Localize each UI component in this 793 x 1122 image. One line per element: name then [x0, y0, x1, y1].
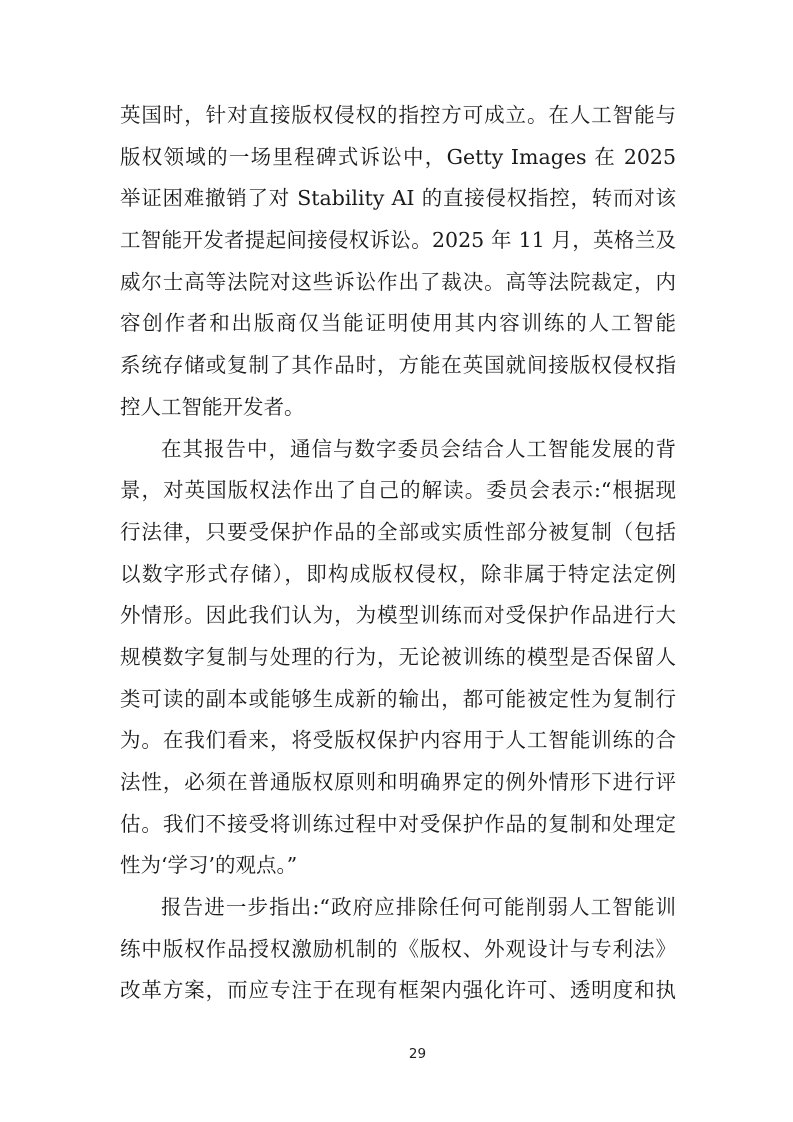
text-line: 为。在我们看来，将受版权保护内容用于人工智能训练的合	[120, 720, 676, 762]
text-line: 改革方案，而应专注于在现有框架内强化许可、透明度和执	[120, 970, 676, 1012]
text-line: 版权领域的一场里程碑式诉讼中，Getty Images 在 2025 年因	[120, 137, 676, 179]
text-line: 以数字形式存储），即构成版权侵权，除非属于特定法定例	[120, 554, 676, 596]
text-line: 性为‘学习’的观点。”	[120, 845, 676, 887]
document-page: 英国时，针对直接版权侵权的指控方可成立。在人工智能与 版权领域的一场里程碑式诉讼…	[0, 0, 793, 1122]
text-line: 在其报告中，通信与数字委员会结合人工智能发展的背	[120, 429, 676, 471]
text-line: 估。我们不接受将训练过程中对受保护作品的复制和处理定	[120, 804, 676, 846]
text-line: 报告进一步指出:“政府应排除任何可能削弱人工智能训	[120, 887, 676, 929]
text-line: 类可读的副本或能够生成新的输出，都可能被定性为复制行	[120, 679, 676, 721]
text-line: 景，对英国版权法作出了自己的解读。委员会表示:“根据现	[120, 470, 676, 512]
text-line: 行法律，只要受保护作品的全部或实质性部分被复制（包括	[120, 512, 676, 554]
text-line: 外情形。因此我们认为，为模型训练而对受保护作品进行大	[120, 595, 676, 637]
page-number: 29	[21, 1046, 793, 1062]
text-line: 练中版权作品授权激励机制的《版权、外观设计与专利法》	[120, 929, 676, 971]
text-line: 法性，必须在普通版权原则和明确界定的例外情形下进行评	[120, 762, 676, 804]
text-line: 规模数字复制与处理的行为，无论被训练的模型是否保留人	[120, 637, 676, 679]
text-line: 容创作者和出版商仅当能证明使用其内容训练的人工智能	[120, 303, 676, 345]
body-text: 英国时，针对直接版权侵权的指控方可成立。在人工智能与 版权领域的一场里程碑式诉讼…	[120, 95, 676, 1012]
text-line: 工智能开发者提起间接侵权诉讼。2025 年 11 月，英格兰及	[120, 220, 676, 262]
text-line: 威尔士高等法院对这些诉讼作出了裁决。高等法院裁定，内	[120, 262, 676, 304]
text-line: 控人工智能开发者。	[120, 387, 676, 429]
text-line: 举证困难撤销了对 Stability AI 的直接侵权指控，转而对该人	[120, 178, 676, 220]
text-line: 系统存储或复制了其作品时，方能在英国就间接版权侵权指	[120, 345, 676, 387]
text-line: 英国时，针对直接版权侵权的指控方可成立。在人工智能与	[120, 95, 676, 137]
